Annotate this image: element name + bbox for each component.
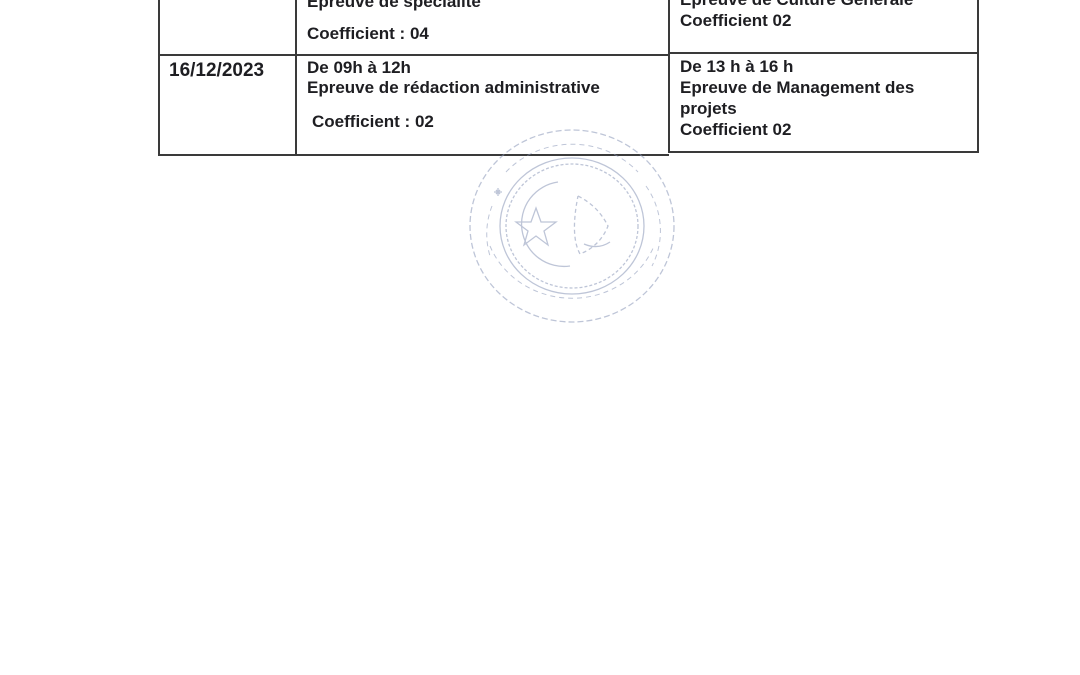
table-right-border xyxy=(977,0,979,153)
row2-afternoon-time: De 13 h à 16 h xyxy=(680,57,793,77)
row2-date: 16/12/2023 xyxy=(169,61,264,81)
row2-afternoon-exam-line1: Epreuve de Management des xyxy=(680,78,914,98)
table-col-divider-1 xyxy=(295,0,297,156)
official-seal-icon xyxy=(466,126,678,332)
table-bottom-border-right xyxy=(669,151,979,153)
row2-afternoon-coefficient: Coefficient 02 xyxy=(680,120,791,140)
exam-schedule-document: Epreuve de spécialité Coefficient : 04 E… xyxy=(0,0,1080,675)
table-row-divider-right xyxy=(669,52,979,54)
row2-morning-coefficient: Coefficient : 02 xyxy=(312,112,434,132)
row1-afternoon-coefficient: Coefficient 02 xyxy=(680,11,791,31)
row2-morning-time: De 09h à 12h xyxy=(307,58,411,78)
table-left-border xyxy=(158,0,160,156)
row2-morning-exam: Epreuve de rédaction administrative xyxy=(307,78,600,98)
row1-morning-exam: Epreuve de spécialité xyxy=(307,0,481,12)
table-row-divider xyxy=(158,54,669,56)
row1-afternoon-exam: Epreuve de Culture Générale xyxy=(680,0,913,10)
row1-morning-coefficient: Coefficient : 04 xyxy=(307,24,429,44)
row2-afternoon-exam-line2: projets xyxy=(680,99,737,119)
